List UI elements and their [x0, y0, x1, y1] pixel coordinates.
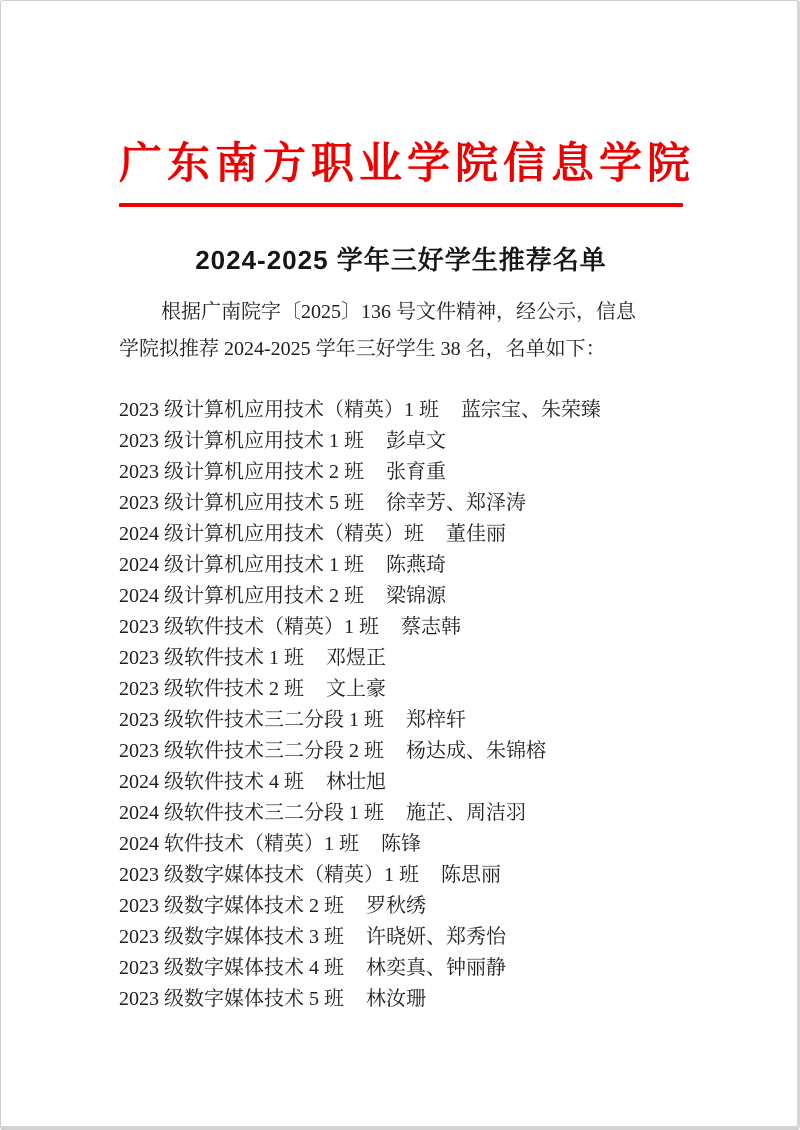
list-item: 2023 级计算机应用技术 5 班徐幸芳、郑泽涛 [119, 488, 683, 519]
class-label: 2024 级计算机应用技术（精英）班 [119, 523, 424, 545]
list-item: 2023 级软件技术（精英）1 班蔡志韩 [119, 612, 683, 643]
student-names: 蓝宗宝、朱荣臻 [461, 399, 601, 421]
student-names: 董佳丽 [446, 523, 506, 545]
class-label: 2023 级软件技术三二分段 1 班 [119, 709, 384, 731]
document-title: 2024-2025 学年三好学生推荐名单 [119, 245, 683, 276]
student-names: 杨达成、朱锦榕 [406, 740, 546, 762]
list-item: 2023 级计算机应用技术（精英）1 班蓝宗宝、朱荣臻 [119, 395, 683, 426]
class-label: 2024 软件技术（精英）1 班 [119, 833, 359, 855]
class-label: 2023 级数字媒体技术 3 班 [119, 926, 344, 948]
student-names: 郑梓轩 [406, 709, 466, 731]
student-names: 邓煜正 [326, 647, 386, 669]
student-names: 徐幸芳、郑泽涛 [386, 492, 526, 514]
student-names: 陈锋 [381, 833, 421, 855]
list-item: 2024 级软件技术 4 班林壮旭 [119, 767, 683, 798]
student-names: 梁锦源 [386, 585, 446, 607]
list-item: 2023 级数字媒体技术（精英）1 班陈思丽 [119, 860, 683, 891]
list-item: 2024 级计算机应用技术（精英）班董佳丽 [119, 519, 683, 550]
student-names: 文上豪 [326, 678, 386, 700]
list-item: 2024 级计算机应用技术 1 班陈燕琦 [119, 550, 683, 581]
student-names: 林汝珊 [366, 988, 426, 1010]
list-item: 2023 级软件技术 2 班文上豪 [119, 674, 683, 705]
class-label: 2023 级数字媒体技术（精英）1 班 [119, 864, 419, 886]
class-label: 2023 级计算机应用技术 5 班 [119, 492, 364, 514]
class-label: 2024 级软件技术 4 班 [119, 771, 304, 793]
class-label: 2023 级计算机应用技术 1 班 [119, 430, 364, 452]
student-list: 2023 级计算机应用技术（精英）1 班蓝宗宝、朱荣臻2023 级计算机应用技术… [119, 395, 683, 1015]
student-names: 蔡志韩 [401, 616, 461, 638]
class-label: 2023 级软件技术 1 班 [119, 647, 304, 669]
list-item: 2023 级软件技术三二分段 2 班杨达成、朱锦榕 [119, 736, 683, 767]
student-names: 罗秋绣 [366, 895, 426, 917]
student-names: 林壮旭 [326, 771, 386, 793]
intro-line-1: 根据广南院字〔2025〕136 号文件精神，经公示，信息 [119, 294, 683, 331]
student-names: 施芷、周洁羽 [406, 802, 526, 824]
red-header-rule [119, 203, 683, 207]
list-item: 2023 级软件技术 1 班邓煜正 [119, 643, 683, 674]
list-item: 2024 级计算机应用技术 2 班梁锦源 [119, 581, 683, 612]
class-label: 2023 级软件技术（精英）1 班 [119, 616, 379, 638]
student-names: 陈燕琦 [386, 554, 446, 576]
student-names: 彭卓文 [386, 430, 446, 452]
class-label: 2023 级计算机应用技术（精英）1 班 [119, 399, 439, 421]
class-label: 2024 级计算机应用技术 2 班 [119, 585, 364, 607]
class-label: 2023 级计算机应用技术 2 班 [119, 461, 364, 483]
class-label: 2023 级数字媒体技术 4 班 [119, 957, 344, 979]
list-item: 2023 级数字媒体技术 2 班罗秋绣 [119, 891, 683, 922]
list-item: 2023 级数字媒体技术 5 班林汝珊 [119, 984, 683, 1015]
list-item: 2024 软件技术（精英）1 班陈锋 [119, 829, 683, 860]
student-names: 陈思丽 [441, 864, 501, 886]
student-names: 许晓妍、郑秀怡 [366, 926, 506, 948]
document-content: 广东南方职业学院信息学院 2024-2025 学年三好学生推荐名单 根据广南院字… [119, 141, 683, 1015]
class-label: 2023 级数字媒体技术 5 班 [119, 988, 344, 1010]
intro-paragraph: 根据广南院字〔2025〕136 号文件精神，经公示，信息 学院拟推荐 2024-… [119, 294, 683, 368]
list-item: 2024 级软件技术三二分段 1 班施芷、周洁羽 [119, 798, 683, 829]
intro-line-2: 学院拟推荐 2024-2025 学年三好学生 38 名，名单如下： [119, 331, 683, 368]
list-item: 2023 级数字媒体技术 4 班林奕真、钟丽静 [119, 953, 683, 984]
list-item: 2023 级软件技术三二分段 1 班郑梓轩 [119, 705, 683, 736]
class-label: 2023 级数字媒体技术 2 班 [119, 895, 344, 917]
student-names: 张育重 [386, 461, 446, 483]
list-item: 2023 级数字媒体技术 3 班许晓妍、郑秀怡 [119, 922, 683, 953]
class-label: 2024 级计算机应用技术 1 班 [119, 554, 364, 576]
class-label: 2024 级软件技术三二分段 1 班 [119, 802, 384, 824]
org-header-title: 广东南方职业学院信息学院 [119, 141, 683, 188]
student-names: 林奕真、钟丽静 [366, 957, 506, 979]
class-label: 2023 级软件技术 2 班 [119, 678, 304, 700]
class-label: 2023 级软件技术三二分段 2 班 [119, 740, 384, 762]
document-page: 广东南方职业学院信息学院 2024-2025 学年三好学生推荐名单 根据广南院字… [0, 0, 800, 1130]
list-item: 2023 级计算机应用技术 1 班彭卓文 [119, 426, 683, 457]
list-item: 2023 级计算机应用技术 2 班张育重 [119, 457, 683, 488]
